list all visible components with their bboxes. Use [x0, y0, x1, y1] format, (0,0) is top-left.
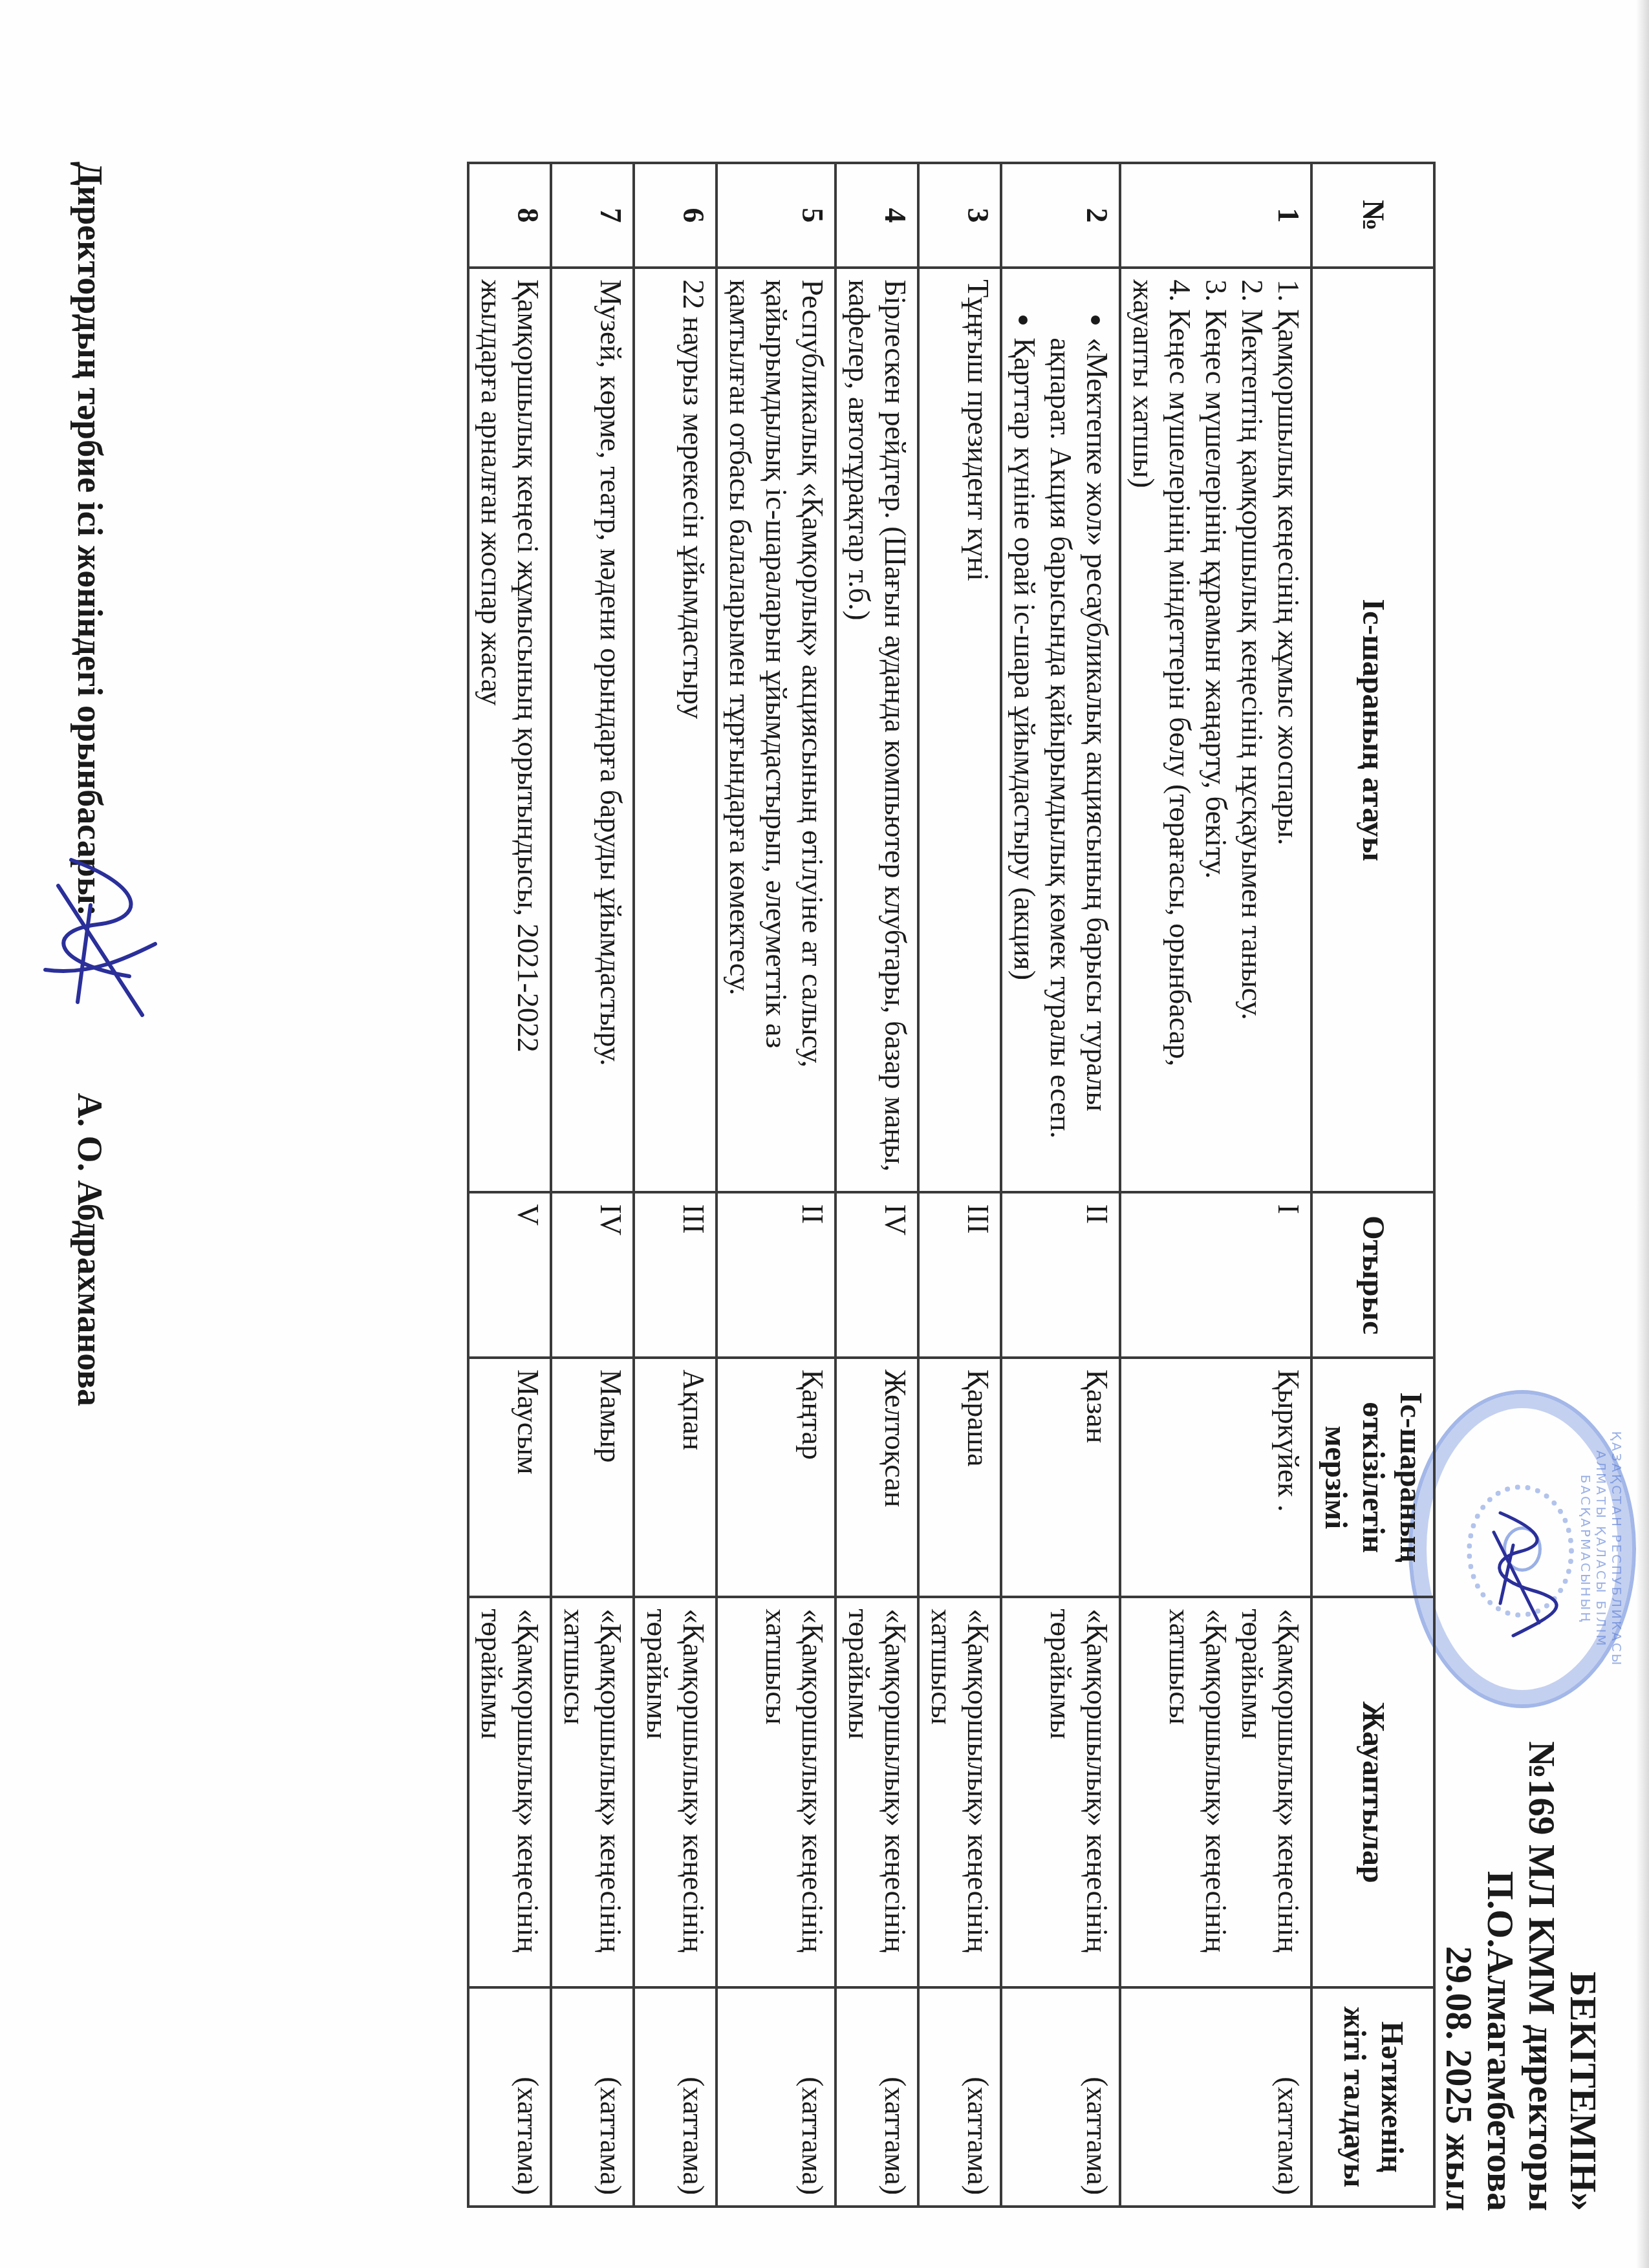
responsible-person: «Қамқоршылық» кеңесінің хатшысы — [758, 1609, 830, 1976]
cell-no: 4 — [835, 163, 918, 268]
cell-event-name: 1. Қамқоршылық кеңесінің жұмыс жоспары.2… — [1120, 268, 1311, 1192]
event-name-line: Республикалық «Қамқорлық» акциясының өті… — [722, 279, 830, 1181]
cell-session: III — [918, 1192, 1001, 1358]
cell-no: 3 — [918, 163, 1001, 268]
header-session: Отырыс — [1311, 1192, 1434, 1358]
scan-edge — [1636, 0, 1649, 2268]
event-name-line: Қамқоршылық кеңесі жұмысының қорытындысы… — [473, 279, 546, 1181]
cell-result: (хаттама) — [918, 1987, 1001, 2207]
event-name-line: 4. Кеңес мүшелерінің міндеттерін бөлу (т… — [1125, 279, 1198, 1181]
event-name-line: 1. Қамқоршылық кеңесінің жұмыс жоспары. — [1270, 279, 1306, 1181]
cell-session: II — [717, 1192, 835, 1358]
table-row: 5Республикалық «Қамқорлық» акциясының өт… — [717, 163, 835, 2207]
cell-date: Қазан — [1001, 1358, 1120, 1597]
cell-session: IV — [551, 1192, 634, 1358]
cell-result: (хаттама) — [1120, 1987, 1311, 2207]
cell-result: (хаттама) — [468, 1987, 551, 2207]
cell-date: Мамыр — [551, 1358, 634, 1597]
deputy-signature — [39, 847, 168, 1041]
cell-no: 6 — [634, 163, 717, 268]
cell-responsible: «Қамқоршылық» кеңесінің төрайымы«Қамқорш… — [1120, 1597, 1311, 1987]
header-result: Нәтиженің жіті талдауы — [1311, 1987, 1434, 2207]
cell-event-name: «Мектепке жол» ресаубликалық акциясының … — [1001, 268, 1120, 1192]
table-row: 8Қамқоршылық кеңесі жұмысының қорытындыс… — [468, 163, 551, 2207]
responsible-person: «Қамқоршылық» кеңесінің төрайымы — [473, 1609, 546, 1976]
cell-event-name: Республикалық «Қамқорлық» акциясының өті… — [717, 268, 835, 1192]
cell-responsible: «Қамқоршылық» кеңесінің төрайымы — [468, 1597, 551, 1987]
responsible-person: «Қамқоршылық» кеңесінің төрайымы — [639, 1609, 711, 1976]
responsible-person: «Қамқоршылық» кеңесінің төрайымы — [1234, 1609, 1306, 1976]
cell-event-name: Бірлескен рейдтер. (Шағын ауданда компью… — [835, 268, 918, 1192]
cell-responsible: «Қамқоршылық» кеңесінің хатшысы — [717, 1597, 835, 1987]
cell-responsible: «Қамқоршылық» кеңесінің төрайымы — [1001, 1597, 1120, 1987]
event-bullet-item: «Мектепке жол» ресаубликалық акциясының … — [1042, 337, 1115, 1181]
cell-date: Қыркүйек . — [1120, 1358, 1311, 1597]
approval-block: БЕКІТЕМІН» №169 МЛ КММ директоры П.О.Алм… — [1438, 1319, 1604, 2211]
event-name-line: Тұңғыш президент күні — [960, 279, 996, 1181]
header-date: Іс-шараның өткізілетін мерзімі — [1311, 1358, 1434, 1597]
cell-result: (хаттама) — [551, 1987, 634, 2207]
event-name-line: 3. Кеңес мүшелерінің құрамын жаңарту, бе… — [1198, 279, 1234, 1181]
cell-responsible: «Қамқоршылық» кеңесінің төрайымы — [835, 1597, 918, 1987]
cell-event-name: Қамқоршылық кеңесі жұмысының қорытындысы… — [468, 268, 551, 1192]
responsible-person: «Қамқоршылық» кеңесінің хатшысы — [1161, 1609, 1234, 1976]
cell-session: IV — [835, 1192, 918, 1358]
approval-name: П.О.Алмагамбетова — [1480, 1319, 1521, 2211]
cell-session: II — [1001, 1192, 1120, 1358]
cell-date: Маусым — [468, 1358, 551, 1597]
footer-position: Директордың тәрбие ісі жөніндегі орынбас… — [70, 162, 109, 916]
event-name-line: Бірлескен рейдтер. (Шағын ауданда компью… — [841, 279, 913, 1181]
responsible-person: «Қамқоршылық» кеңесінің төрайымы — [1042, 1609, 1115, 1976]
cell-event-name: 22 наурыз мерекесін ұйымдастыру — [634, 268, 717, 1192]
table-body: 11. Қамқоршылық кеңесінің жұмыс жоспары.… — [468, 163, 1311, 2207]
cell-session: III — [634, 1192, 717, 1358]
cell-no: 2 — [1001, 163, 1120, 268]
table-header-row: № Іс-шараның атауы Отырыс Іс-шараның өтк… — [1311, 163, 1434, 2207]
event-name-line: Музей, көрме, театр, мәдени орындарға ба… — [592, 279, 629, 1181]
responsible-person: «Қамқоршылық» кеңесінің хатшысы — [556, 1609, 629, 1976]
cell-responsible: «Қамқоршылық» кеңесінің хатшысы — [918, 1597, 1001, 1987]
table-row: 7Музей, көрме, театр, мәдени орындарға б… — [551, 163, 634, 2207]
cell-event-name: Музей, көрме, театр, мәдени орындарға ба… — [551, 268, 634, 1192]
cell-date: Қараша — [918, 1358, 1001, 1597]
cell-session: V — [468, 1192, 551, 1358]
cell-result: (хаттама) — [717, 1987, 835, 2207]
approval-date: 29.08. 2025 жыл — [1438, 1319, 1480, 2211]
cell-no: 7 — [551, 163, 634, 268]
header-no: № — [1311, 163, 1434, 268]
approval-title: БЕКІТЕМІН» — [1562, 1319, 1604, 2211]
table-row: 11. Қамқоршылық кеңесінің жұмыс жоспары.… — [1120, 163, 1311, 2207]
table-row: 622 наурыз мерекесін ұйымдастыруIIIАқпан… — [634, 163, 717, 2207]
header-name: Іс-шараның атауы — [1311, 268, 1434, 1192]
plan-table: № Іс-шараның атауы Отырыс Іс-шараның өтк… — [467, 162, 1436, 2208]
responsible-person: «Қамқоршылық» кеңесінің хатшысы — [923, 1609, 996, 1976]
cell-no: 5 — [717, 163, 835, 268]
table-row: 4Бірлескен рейдтер. (Шағын ауданда компь… — [835, 163, 918, 2207]
cell-result: (хаттама) — [634, 1987, 717, 2207]
cell-event-name: Тұңғыш президент күні — [918, 268, 1001, 1192]
approval-position: №169 МЛ КММ директоры — [1521, 1319, 1562, 2211]
cell-responsible: «Қамқоршылық» кеңесінің хатшысы — [551, 1597, 634, 1987]
header-responsible: Жауаптылар — [1311, 1597, 1434, 1987]
document-page: ҚАЗАҚСТАН РЕСПУБЛИКАСЫ АЛМАТЫ ҚАЛАСЫ БІЛ… — [0, 0, 1649, 2268]
cell-date: Қаңтар — [717, 1358, 835, 1597]
event-name-line: 22 наурыз мерекесін ұйымдастыру — [675, 279, 711, 1181]
cell-date: Ақпан — [634, 1358, 717, 1597]
event-bullet-list: «Мектепке жол» ресаубликалық акциясының … — [1006, 279, 1115, 1181]
table-row: 3Тұңғыш президент күніIIIҚараша«Қамқоршы… — [918, 163, 1001, 2207]
footer-name: А. О. Абдрахманова — [70, 1093, 109, 1407]
event-bullet-item: Қарттар күніне орай іс-шара ұйымдастыру … — [1006, 337, 1042, 1181]
cell-session: I — [1120, 1192, 1311, 1358]
cell-date: Желтоқсан — [835, 1358, 918, 1597]
table-row: 2«Мектепке жол» ресаубликалық акциясының… — [1001, 163, 1120, 2207]
responsible-person: «Қамқоршылық» кеңесінің төрайымы — [841, 1609, 913, 1976]
cell-no: 1 — [1120, 163, 1311, 268]
event-name-line: 2. Мектептің қамқоршылық кеңесінің нұсқа… — [1234, 279, 1270, 1181]
cell-result: (хаттама) — [1001, 1987, 1120, 2207]
cell-result: (хаттама) — [835, 1987, 918, 2207]
cell-responsible: «Қамқоршылық» кеңесінің төрайымы — [634, 1597, 717, 1987]
cell-no: 8 — [468, 163, 551, 268]
